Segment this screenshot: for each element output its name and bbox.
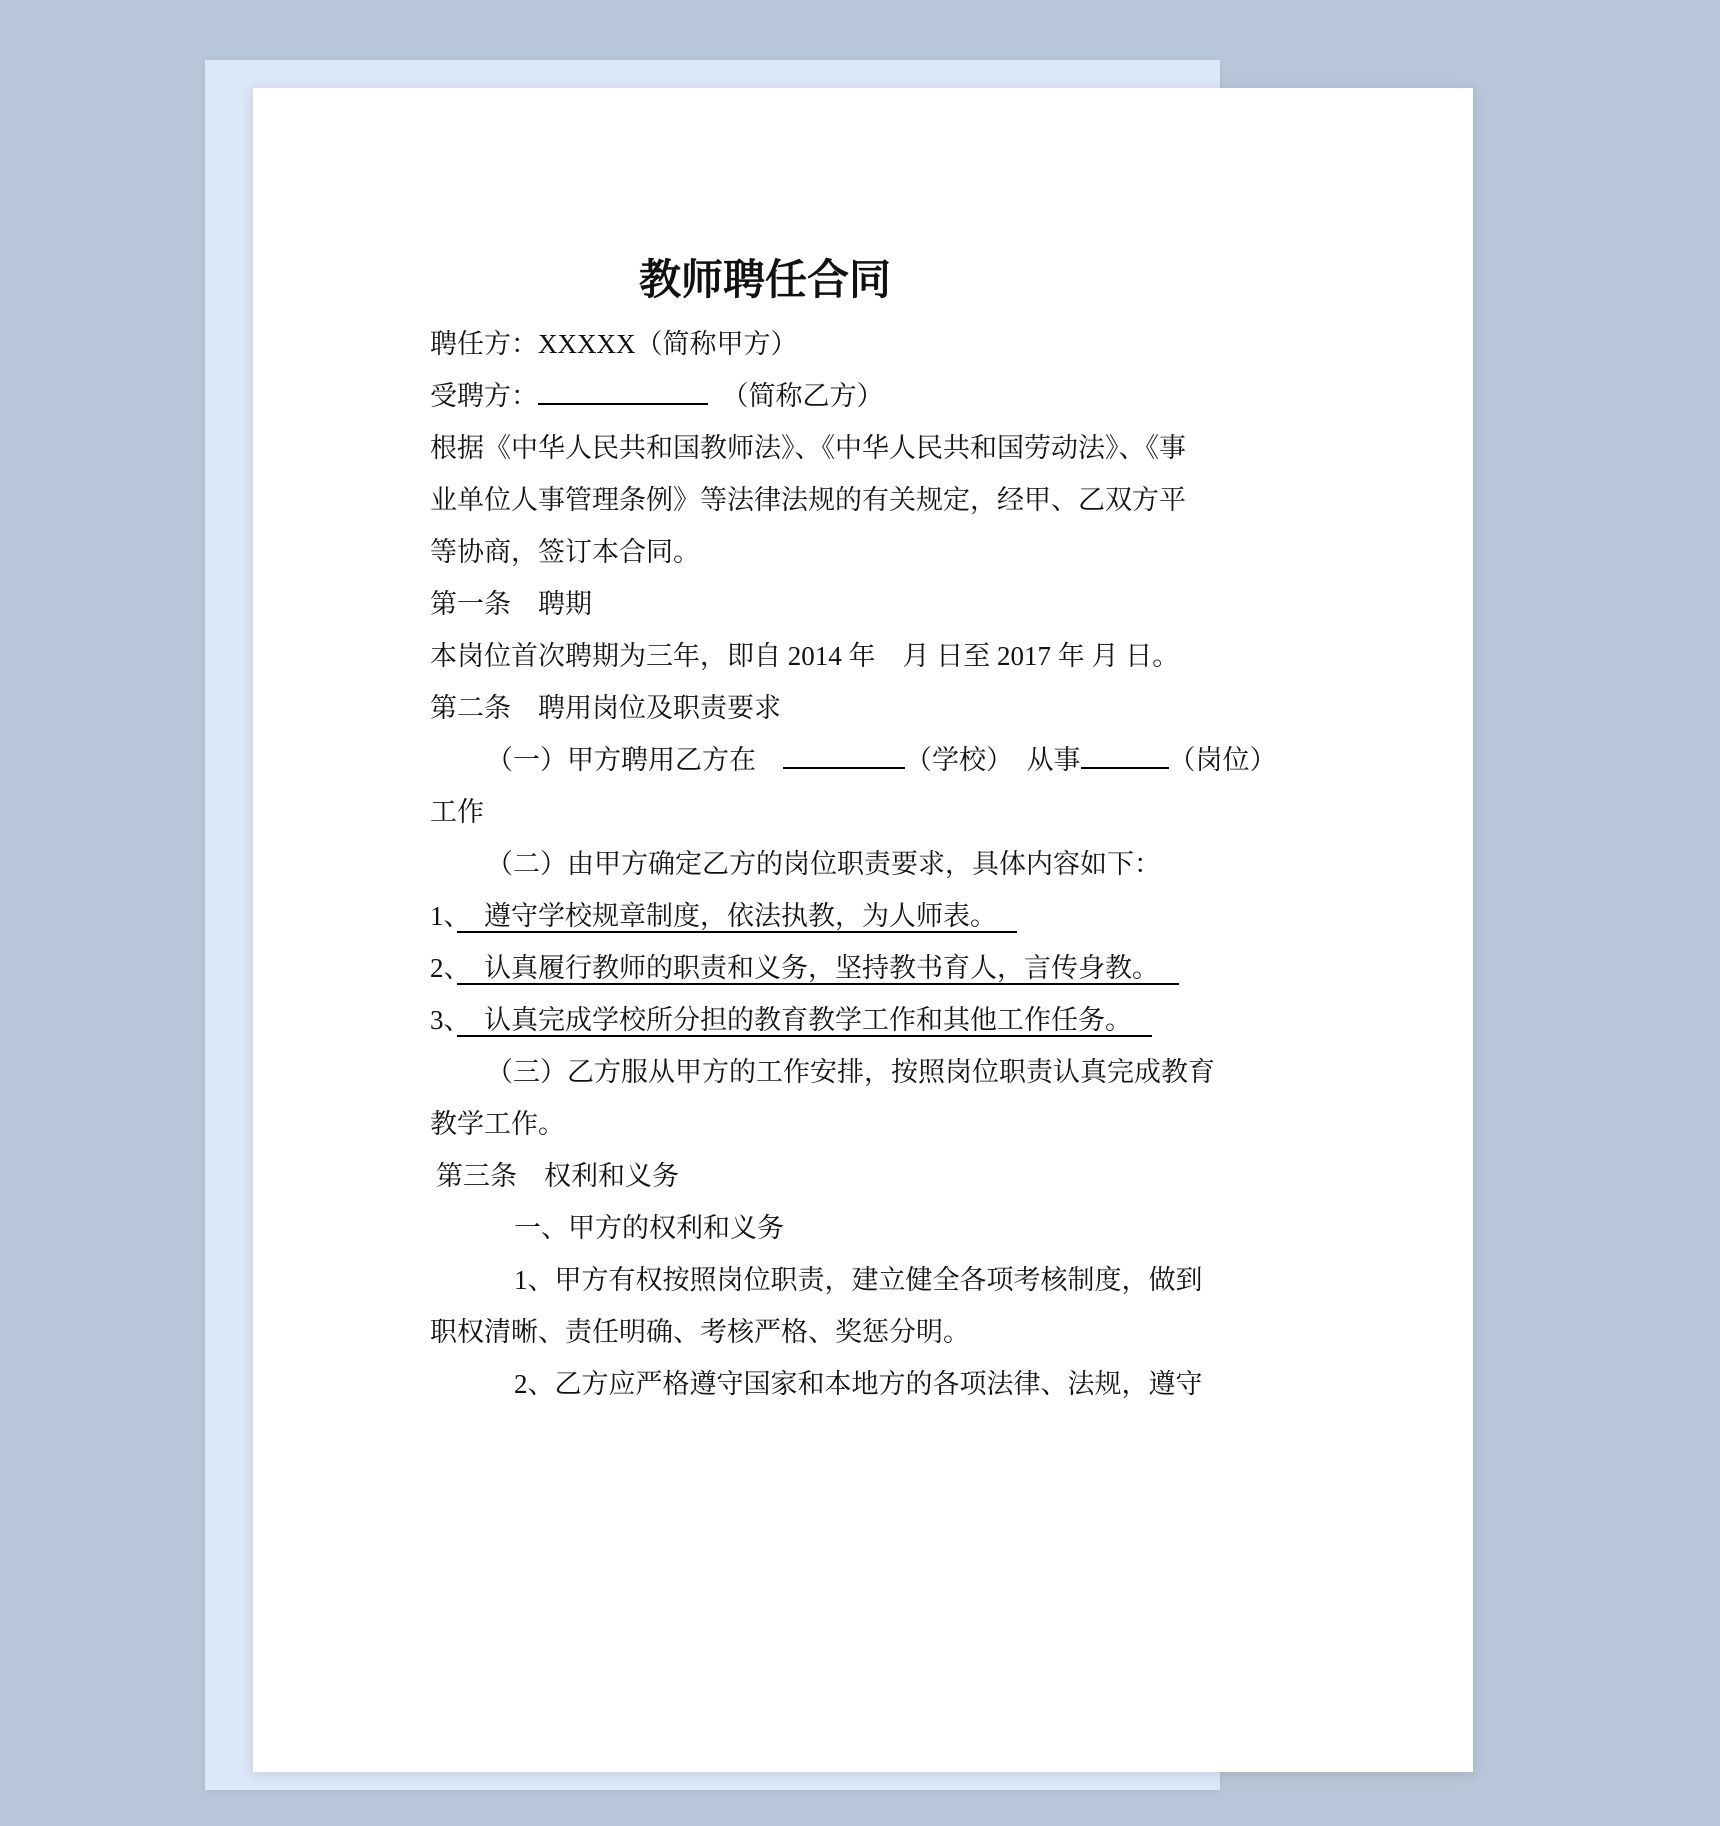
document-line: 2、 认真履行教师的职责和义务，坚持教书育人，言传身教。 xyxy=(430,942,1130,994)
text-segment: 工作 xyxy=(430,797,484,827)
text-segment: （岗位） xyxy=(1169,745,1277,775)
document-body: 聘任方：XXXXX（简称甲方）受聘方： （简称乙方）根据《中华人民共和国教师法》… xyxy=(430,318,1130,1410)
document-line: 工作 xyxy=(430,786,1130,838)
blank-underline xyxy=(783,741,905,769)
document-line: 第二条 聘用岗位及职责要求 xyxy=(430,682,1130,734)
text-segment: （三）乙方服从甲方的工作安排，按照岗位职责认真完成教育 xyxy=(486,1057,1215,1087)
text-segment: （简称乙方） xyxy=(708,381,884,411)
text-segment: 一、甲方的权利和义务 xyxy=(514,1213,784,1243)
text-segment: 受聘方： xyxy=(430,381,538,411)
document-line: 等协商，签订本合同。 xyxy=(430,526,1130,578)
document-line: 1、甲方有权按照岗位职责，建立健全各项考核制度，做到 xyxy=(430,1254,1130,1306)
document-line: 第三条 权利和义务 xyxy=(430,1150,1130,1202)
text-segment: 1、甲方有权按照岗位职责，建立健全各项考核制度，做到 xyxy=(514,1265,1203,1295)
text-segment: （学校） 从事 xyxy=(905,745,1081,775)
text-segment: 业单位人事管理条例》等法律法规的有关规定，经甲、乙双方平 xyxy=(430,485,1186,515)
text-segment: 1、 xyxy=(430,901,457,931)
desktop-background: 教师聘任合同 聘任方：XXXXX（简称甲方）受聘方： （简称乙方）根据《中华人民… xyxy=(0,0,1720,1826)
text-segment: 2、乙方应严格遵守国家和本地方的各项法律、法规，遵守 xyxy=(514,1369,1203,1399)
document-line: 一、甲方的权利和义务 xyxy=(430,1202,1130,1254)
text-segment: 职权清晰、责任明确、考核严格、奖惩分明。 xyxy=(430,1317,970,1347)
text-segment: 第二条 聘用岗位及职责要求 xyxy=(430,693,781,723)
text-segment: 等协商，签订本合同。 xyxy=(430,537,700,567)
document-line: 2、乙方应严格遵守国家和本地方的各项法律、法规，遵守 xyxy=(430,1358,1130,1410)
blank-underline xyxy=(1081,741,1169,769)
document-line: （一）甲方聘用乙方在 （学校） 从事（岗位） xyxy=(430,734,1130,786)
document-line: 根据《中华人民共和国教师法》、《中华人民共和国劳动法》、《事 xyxy=(430,422,1130,474)
text-segment: 认真履行教师的职责和义务，坚持教书育人，言传身教。 xyxy=(457,953,1179,985)
text-segment: 第三条 权利和义务 xyxy=(436,1161,679,1191)
text-segment: 本岗位首次聘期为三年，即自 2014 年 月 日至 2017 年 月 日。 xyxy=(430,641,1179,671)
text-segment: 聘任方：XXXXX（简称甲方） xyxy=(430,329,798,359)
document-line: 3、 认真完成学校所分担的教育教学工作和其他工作任务。 xyxy=(430,994,1130,1046)
document-line: 职权清晰、责任明确、考核严格、奖惩分明。 xyxy=(430,1306,1130,1358)
text-segment: 第一条 聘期 xyxy=(430,589,592,619)
document-line: 第一条 聘期 xyxy=(430,578,1130,630)
text-segment: （一）甲方聘用乙方在 xyxy=(486,745,783,775)
document-line: 教学工作。 xyxy=(430,1098,1130,1150)
document-line: 受聘方： （简称乙方） xyxy=(430,370,1130,422)
text-segment: 教学工作。 xyxy=(430,1109,565,1139)
text-segment: 根据《中华人民共和国教师法》、《中华人民共和国劳动法》、《事 xyxy=(430,433,1186,463)
text-segment: 认真完成学校所分担的教育教学工作和其他工作任务。 xyxy=(457,1005,1152,1037)
document-title: 教师聘任合同 xyxy=(430,256,1100,304)
document-line: 1、 遵守学校规章制度，依法执教，为人师表。 xyxy=(430,890,1130,942)
text-segment: 2、 xyxy=(430,953,457,983)
blank-underline xyxy=(538,377,708,405)
document-line: 本岗位首次聘期为三年，即自 2014 年 月 日至 2017 年 月 日。 xyxy=(430,630,1130,682)
contract-page: 教师聘任合同 聘任方：XXXXX（简称甲方）受聘方： （简称乙方）根据《中华人民… xyxy=(253,88,1473,1772)
document-line: 聘任方：XXXXX（简称甲方） xyxy=(430,318,1130,370)
text-segment: （二）由甲方确定乙方的岗位职责要求，具体内容如下： xyxy=(486,849,1161,879)
document-line: （二）由甲方确定乙方的岗位职责要求，具体内容如下： xyxy=(430,838,1130,890)
document-line: 业单位人事管理条例》等法律法规的有关规定，经甲、乙双方平 xyxy=(430,474,1130,526)
document-line: （三）乙方服从甲方的工作安排，按照岗位职责认真完成教育 xyxy=(430,1046,1130,1098)
text-segment: 遵守学校规章制度，依法执教，为人师表。 xyxy=(457,901,1017,933)
text-segment: 3、 xyxy=(430,1005,457,1035)
